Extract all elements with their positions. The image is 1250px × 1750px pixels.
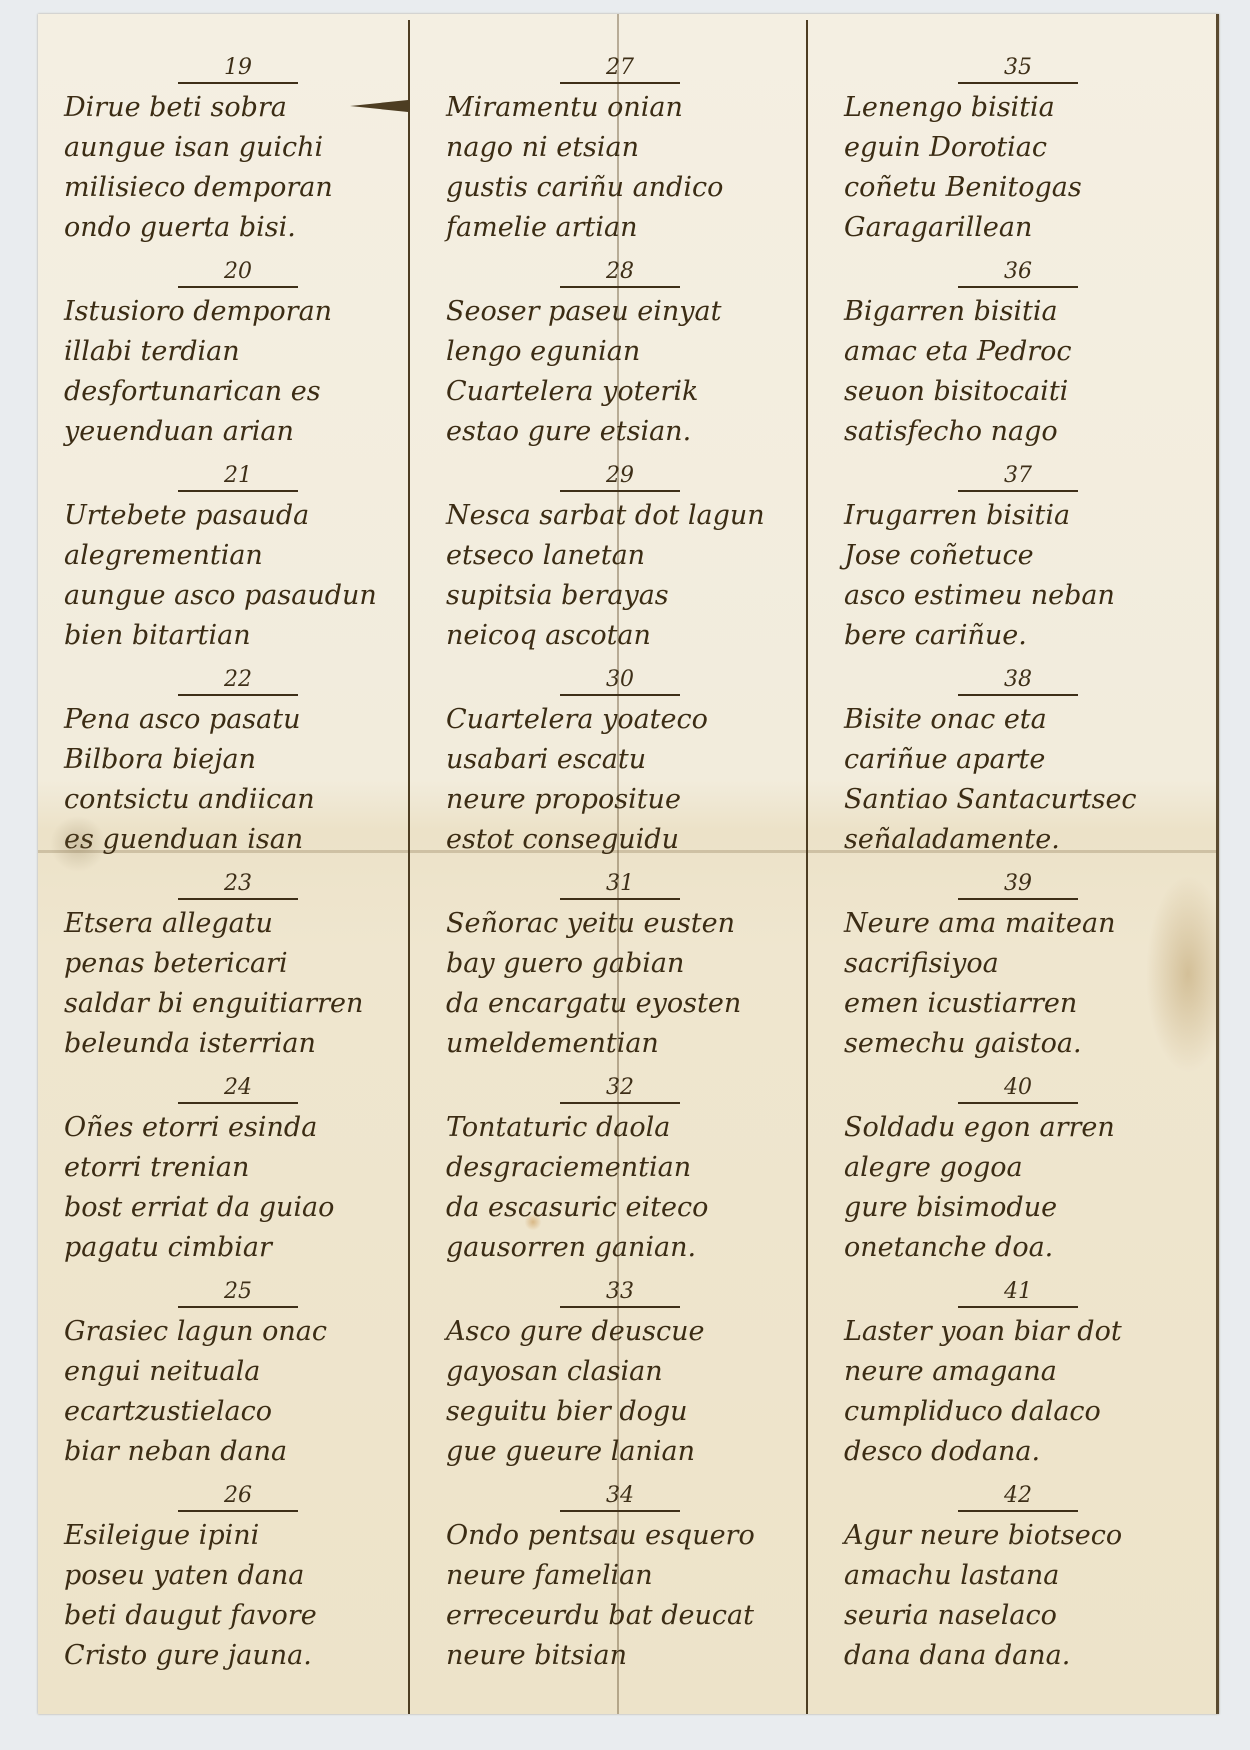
verse-line: Ondo pentsau esquero: [440, 1516, 800, 1556]
verse-number: 33: [560, 1278, 680, 1308]
verse-line: lengo egunian: [440, 332, 800, 372]
verse-line: es guenduan isan: [58, 820, 418, 860]
verse-line: beleunda isterrian: [58, 1024, 418, 1064]
verse-stanza: 32Tontaturic daoladesgraciementianda esc…: [440, 1074, 800, 1268]
verse-line: gausorren ganian.: [440, 1228, 800, 1268]
verse-line: da encargatu eyosten: [440, 984, 800, 1024]
verse-number: 37: [958, 462, 1078, 492]
verse-line: neure amagana: [838, 1352, 1198, 1392]
verse-line: bost erriat da guiao: [58, 1188, 418, 1228]
verse-line: Tontaturic daola: [440, 1108, 800, 1148]
verse-line: Urtebete pasauda: [58, 496, 418, 536]
verse-column-3: 35Lenengo bisitiaeguin Dorotiaccoñetu Be…: [838, 54, 1198, 1686]
verse-line: Esileigue ipini: [58, 1516, 418, 1556]
verse-line: da escasuric eiteco: [440, 1188, 800, 1228]
verse-line: Bisite onac eta: [838, 700, 1198, 740]
verse-stanza: 38Bisite onac etacariñue aparteSantiao S…: [838, 666, 1198, 860]
verse-column-1: 19Dirue beti sobraaungue isan guichimili…: [58, 54, 418, 1686]
verse-line: neure bitsian: [440, 1636, 800, 1676]
verse-line: desfortunarican es: [58, 372, 418, 412]
verse-stanza: 25Grasiec lagun onacengui neitualaecartz…: [58, 1278, 418, 1472]
verse-line: Etsera allegatu: [58, 904, 418, 944]
verse-line: Laster yoan biar dot: [838, 1312, 1198, 1352]
verse-stanza: 39Neure ama maiteansacrifisiyoaemen icus…: [838, 870, 1198, 1064]
verse-line: dana dana dana.: [838, 1636, 1198, 1676]
verse-line: Dirue beti sobra: [58, 88, 418, 128]
manuscript-page: 19Dirue beti sobraaungue isan guichimili…: [38, 14, 1219, 1714]
verse-line: etorri trenian: [58, 1148, 418, 1188]
verse-line: señaladamente.: [838, 820, 1198, 860]
verse-line: Oñes etorri esinda: [58, 1108, 418, 1148]
verse-line: alegre gogoa: [838, 1148, 1198, 1188]
verse-line: Santiao Santacurtsec: [838, 780, 1198, 820]
verse-line: nago ni etsian: [440, 128, 800, 168]
verse-number: 22: [178, 666, 298, 696]
verse-number: 28: [560, 258, 680, 288]
verse-line: Pena asco pasatu: [58, 700, 418, 740]
verse-line: Miramentu onian: [440, 88, 800, 128]
verse-line: engui neituala: [58, 1352, 418, 1392]
verse-number: 41: [958, 1278, 1078, 1308]
verse-line: cumpliduco dalaco: [838, 1392, 1198, 1432]
verse-line: alegrementian: [58, 536, 418, 576]
verse-line: beti daugut favore: [58, 1596, 418, 1636]
verse-line: estot conseguidu: [440, 820, 800, 860]
verse-line: pagatu cimbiar: [58, 1228, 418, 1268]
verse-line: Soldadu egon arren: [838, 1108, 1198, 1148]
verse-line: amac eta Pedroc: [838, 332, 1198, 372]
verse-stanza: 26Esileigue ipiniposeu yaten danabeti da…: [58, 1482, 418, 1676]
verse-stanza: 35Lenengo bisitiaeguin Dorotiaccoñetu Be…: [838, 54, 1198, 248]
verse-number: 34: [560, 1482, 680, 1512]
verse-line: Cristo gure jauna.: [58, 1636, 418, 1676]
verse-line: Lenengo bisitia: [838, 88, 1198, 128]
verse-line: bere cariñue.: [838, 616, 1198, 656]
verse-number: 29: [560, 462, 680, 492]
verse-number: 36: [958, 258, 1078, 288]
verse-line: amachu lastana: [838, 1556, 1198, 1596]
verse-number: 42: [958, 1482, 1078, 1512]
verse-number: 39: [958, 870, 1078, 900]
verse-line: usabari escatu: [440, 740, 800, 780]
verse-line: contsictu andiican: [58, 780, 418, 820]
verse-number: 40: [958, 1074, 1078, 1104]
verse-stanza: 24Oñes etorri esindaetorri trenianbost e…: [58, 1074, 418, 1268]
verse-line: coñetu Benitogas: [838, 168, 1198, 208]
verse-stanza: 29Nesca sarbat dot lagunetseco lanetansu…: [440, 462, 800, 656]
verse-line: Señorac yeitu eusten: [440, 904, 800, 944]
verse-line: bien bitartian: [58, 616, 418, 656]
verse-line: Asco gure deuscue: [440, 1312, 800, 1352]
verse-number: 25: [178, 1278, 298, 1308]
verse-column-2: 27Miramentu oniannago ni etsiangustis ca…: [440, 54, 800, 1686]
verse-line: onetanche doa.: [838, 1228, 1198, 1268]
verse-stanza: 19Dirue beti sobraaungue isan guichimili…: [58, 54, 418, 248]
verse-line: Cuartelera yoterik: [440, 372, 800, 412]
verse-line: seuon bisitocaiti: [838, 372, 1198, 412]
verse-line: eguin Dorotiac: [838, 128, 1198, 168]
verse-line: satisfecho nago: [838, 412, 1198, 452]
verse-stanza: 21Urtebete pasaudaalegrementianaungue as…: [58, 462, 418, 656]
verse-stanza: 34Ondo pentsau esqueroneure famelianerre…: [440, 1482, 800, 1676]
verse-line: cariñue aparte: [838, 740, 1198, 780]
verse-line: ecartzustielaco: [58, 1392, 418, 1432]
verse-number: 24: [178, 1074, 298, 1104]
verse-line: Nesca sarbat dot lagun: [440, 496, 800, 536]
verse-line: asco estimeu neban: [838, 576, 1198, 616]
verse-line: emen icustiarren: [838, 984, 1198, 1024]
verse-line: etseco lanetan: [440, 536, 800, 576]
verse-stanza: 27Miramentu oniannago ni etsiangustis ca…: [440, 54, 800, 248]
verse-line: famelie artian: [440, 208, 800, 248]
verse-number: 38: [958, 666, 1078, 696]
verse-line: Bigarren bisitia: [838, 292, 1198, 332]
verse-line: gue gueure lanian: [440, 1432, 800, 1472]
verse-number: 32: [560, 1074, 680, 1104]
verse-line: Irugarren bisitia: [838, 496, 1198, 536]
verse-line: milisieco demporan: [58, 168, 418, 208]
verse-number: 35: [958, 54, 1078, 84]
verse-line: umeldementian: [440, 1024, 800, 1064]
verse-stanza: 37Irugarren bisitiaJose coñetuceasco est…: [838, 462, 1198, 656]
verse-line: seuria naselaco: [838, 1596, 1198, 1636]
verse-stanza: 31Señorac yeitu eustenbay guero gabianda…: [440, 870, 800, 1064]
verse-line: desco dodana.: [838, 1432, 1198, 1472]
verse-number: 23: [178, 870, 298, 900]
verse-line: erreceurdu bat deucat: [440, 1596, 800, 1636]
verse-line: seguitu bier dogu: [440, 1392, 800, 1432]
verse-line: biar neban dana: [58, 1432, 418, 1472]
verse-line: penas betericari: [58, 944, 418, 984]
verse-stanza: 22Pena asco pasatuBilbora biejancontsict…: [58, 666, 418, 860]
verse-line: ondo guerta bisi.: [58, 208, 418, 248]
verse-line: semechu gaistoa.: [838, 1024, 1198, 1064]
verse-stanza: 36Bigarren bisitiaamac eta Pedrocseuon b…: [838, 258, 1198, 452]
verse-number: 27: [560, 54, 680, 84]
verse-line: Istusioro demporan: [58, 292, 418, 332]
verse-line: yeuenduan arian: [58, 412, 418, 452]
verse-number: 26: [178, 1482, 298, 1512]
verse-line: neure famelian: [440, 1556, 800, 1596]
verse-line: Jose coñetuce: [838, 536, 1198, 576]
verse-number: 19: [178, 54, 298, 84]
verse-stanza: 23Etsera allegatupenas betericarisaldar …: [58, 870, 418, 1064]
verse-number: 21: [178, 462, 298, 492]
verse-number: 30: [560, 666, 680, 696]
verse-line: Seoser paseu einyat: [440, 292, 800, 332]
verse-line: estao gure etsian.: [440, 412, 800, 452]
verse-line: Garagarillean: [838, 208, 1198, 248]
verse-stanza: 42Agur neure biotsecoamachu lastanaseuri…: [838, 1482, 1198, 1676]
verse-line: sacrifisiyoa: [838, 944, 1198, 984]
verse-line: Bilbora biejan: [58, 740, 418, 780]
verse-stanza: 30Cuartelera yoatecousabari escatuneure …: [440, 666, 800, 860]
verse-line: neure propositue: [440, 780, 800, 820]
verse-line: gayosan clasian: [440, 1352, 800, 1392]
verse-line: bay guero gabian: [440, 944, 800, 984]
verse-line: aungue isan guichi: [58, 128, 418, 168]
verse-stanza: 33Asco gure deuscuegayosan clasianseguit…: [440, 1278, 800, 1472]
verse-stanza: 41Laster yoan biar dotneure amaganacumpl…: [838, 1278, 1198, 1472]
verse-line: desgraciementian: [440, 1148, 800, 1188]
verse-line: neicoq ascotan: [440, 616, 800, 656]
verse-line: Neure ama maitean: [838, 904, 1198, 944]
verse-stanza: 28Seoser paseu einyatlengo egunianCuarte…: [440, 258, 800, 452]
verse-line: Grasiec lagun onac: [58, 1312, 418, 1352]
verse-line: supitsia berayas: [440, 576, 800, 616]
verse-line: saldar bi enguitiarren: [58, 984, 418, 1024]
verse-stanza: 20Istusioro demporanillabi terdiandesfor…: [58, 258, 418, 452]
verse-line: aungue asco pasaudun: [58, 576, 418, 616]
verse-line: gustis cariñu andico: [440, 168, 800, 208]
verse-line: illabi terdian: [58, 332, 418, 372]
verse-line: Cuartelera yoateco: [440, 700, 800, 740]
verse-number: 31: [560, 870, 680, 900]
column-divider-rule-2: [806, 20, 808, 1714]
verse-line: poseu yaten dana: [58, 1556, 418, 1596]
verse-stanza: 40Soldadu egon arrenalegre gogoagure bis…: [838, 1074, 1198, 1268]
verse-line: gure bisimodue: [838, 1188, 1198, 1228]
verse-number: 20: [178, 258, 298, 288]
verse-line: Agur neure biotseco: [838, 1516, 1198, 1556]
